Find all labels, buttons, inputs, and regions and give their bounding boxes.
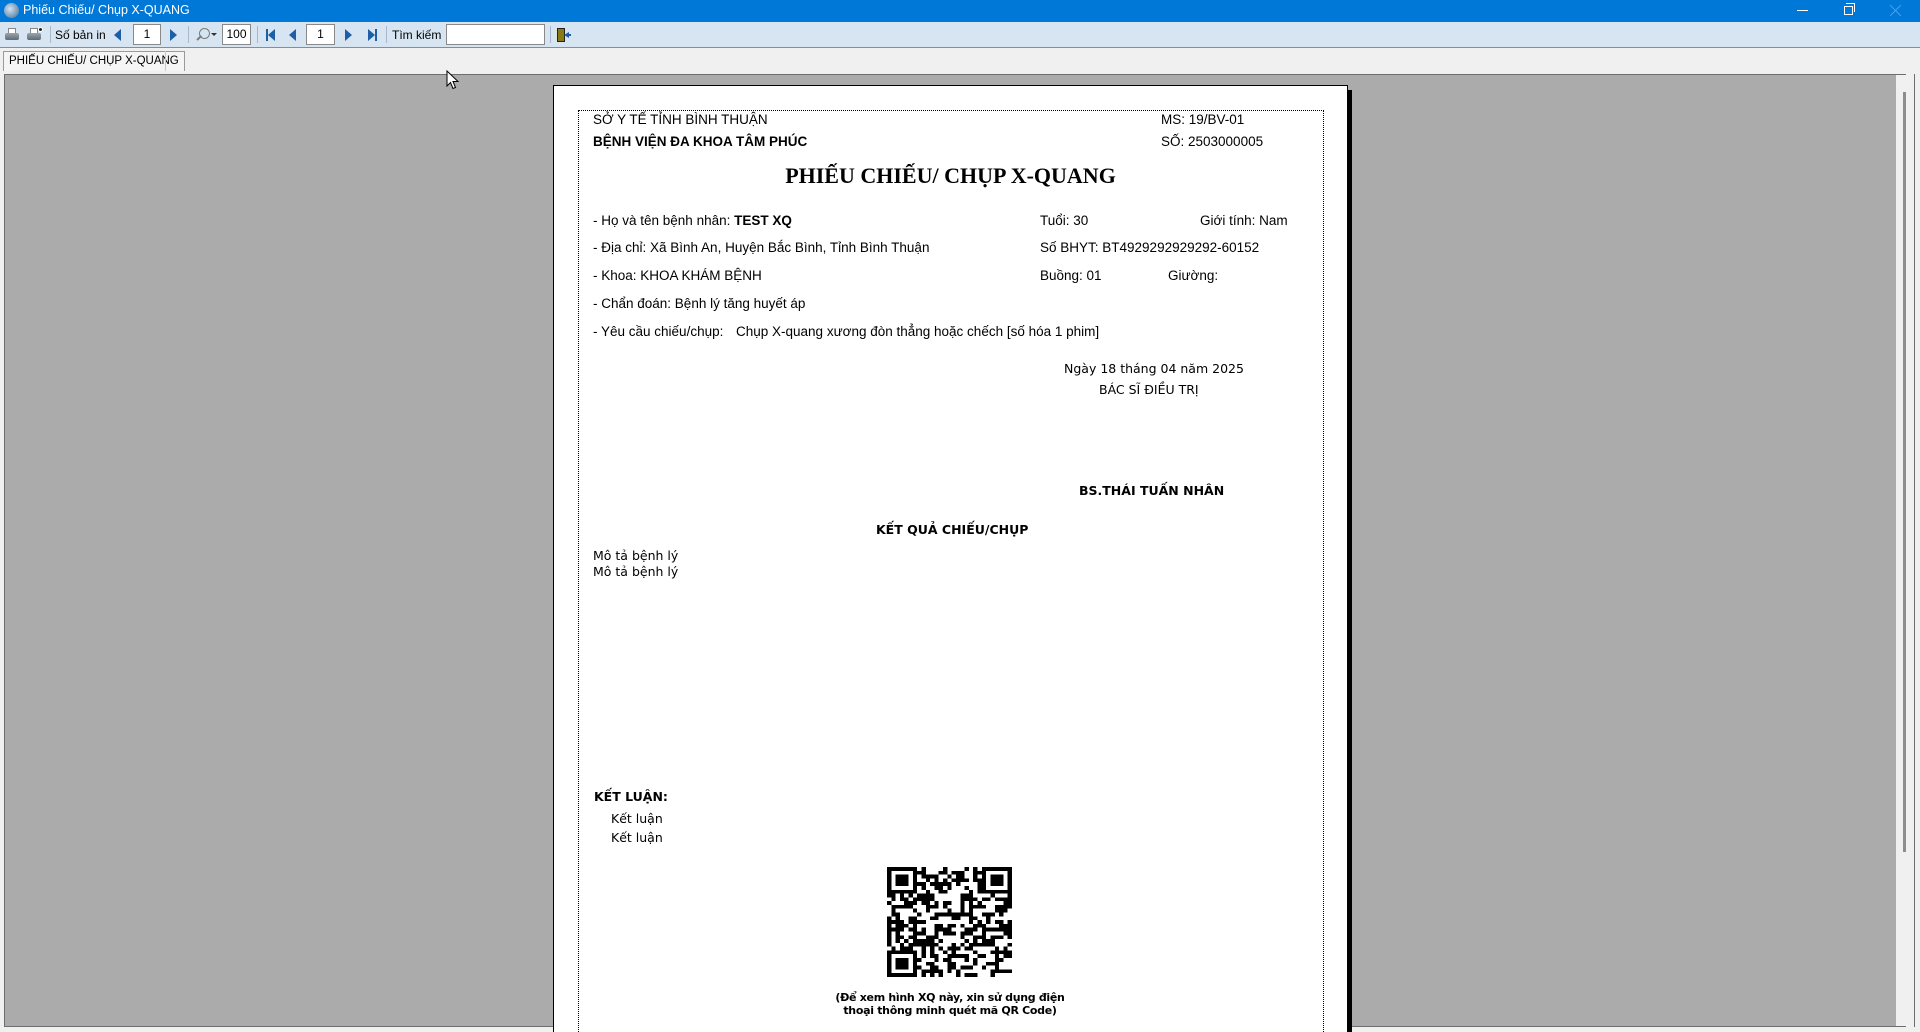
next-page-icon	[345, 29, 352, 41]
form-code: MS: 19/BV-01	[1161, 112, 1244, 127]
page-number-input[interactable]: 1	[306, 24, 335, 45]
document-number: SỐ: 2503000005	[1161, 134, 1263, 149]
previous-page-button[interactable]	[289, 22, 296, 47]
department: - Khoa: KHOA KHÁM BỆNH	[593, 268, 762, 283]
qr-caption-line: (Để xem hình XQ này, xin sử dụng điện	[820, 991, 1080, 1004]
restore-button[interactable]	[1826, 0, 1872, 22]
conclusion-line: Kết luận	[611, 830, 663, 845]
copies-decrement-button[interactable]	[114, 22, 121, 47]
description-line: Mô tả bệnh lý	[593, 548, 678, 563]
report-date: Ngày 18 tháng 04 năm 2025	[1064, 361, 1244, 376]
app-icon	[4, 3, 19, 18]
header-hospital-name: BỆNH VIỆN ĐA KHOA TÂM PHÚC	[593, 134, 807, 149]
patient-name-row: - Họ và tên bệnh nhân: TEST XQ	[593, 213, 792, 228]
last-page-icon	[368, 29, 375, 41]
close-button[interactable]	[1872, 0, 1918, 22]
document-title: PHIẾU CHIẾU/ CHỤP X-QUANG	[554, 163, 1347, 189]
qr-code-icon	[887, 867, 1012, 977]
toolbar-separator	[50, 26, 51, 43]
copies-label: Số bản in	[55, 22, 106, 47]
previous-page-icon	[289, 29, 296, 41]
zoom-input[interactable]: 100	[222, 24, 251, 45]
copies-increment-button[interactable]	[170, 22, 177, 47]
copies-input[interactable]: 1	[133, 24, 161, 45]
print-button[interactable]	[4, 22, 20, 47]
qr-caption: (Để xem hình XQ này, xin sử dụng điện th…	[820, 991, 1080, 1017]
first-page-button[interactable]	[266, 22, 275, 47]
insurance-number: Số BHYT: BT4929292929292-60152	[1040, 240, 1259, 255]
diagnosis: - Chẩn đoán: Bệnh lý tăng huyết áp	[593, 296, 805, 311]
report-toolbar: Số bản in 1 100 1 Tìm kiếm	[0, 22, 1920, 47]
title-bar: Phiếu Chiếu/ Chụp X-QUANG	[0, 0, 1920, 22]
conclusion-line: Kết luận	[611, 811, 663, 826]
patient-name: TEST XQ	[734, 213, 792, 228]
description-line: Mô tả bệnh lý	[593, 564, 678, 579]
print-setup-button[interactable]	[26, 22, 42, 47]
chevron-down-icon	[211, 33, 217, 36]
tab-strip: PHIẾU CHIẾU/ CHỤP X-QUANG	[0, 47, 1920, 73]
frame-border	[1914, 74, 1915, 1027]
doctor-title: BÁC SĨ ĐIỀU TRỊ	[1099, 382, 1199, 397]
conclusion-heading: KẾT LUẬN:	[594, 789, 668, 804]
close-icon	[1889, 4, 1902, 17]
minimize-button[interactable]	[1780, 0, 1826, 22]
result-heading: KẾT QUẢ CHIẾU/CHỤP	[876, 522, 1028, 537]
scrollbar-thumb[interactable]	[1903, 92, 1906, 852]
printer-icon	[4, 27, 20, 42]
magnifier-icon	[195, 28, 209, 42]
tab-separator	[165, 51, 166, 71]
search-label: Tìm kiếm	[392, 22, 441, 47]
minimize-icon	[1797, 10, 1808, 11]
search-input[interactable]	[446, 24, 545, 45]
patient-address: - Địa chỉ: Xã Bình An, Huyện Bắc Bình, T…	[593, 240, 929, 255]
room: Buồng: 01	[1040, 268, 1102, 283]
toolbar-separator	[550, 26, 551, 43]
patient-name-label: - Họ và tên bệnh nhân:	[593, 213, 734, 228]
exit-button[interactable]	[555, 22, 571, 47]
doctor-name: BS.THÁI TUẤN NHÂN	[1079, 483, 1224, 498]
last-page-button[interactable]	[368, 22, 377, 47]
window-title: Phiếu Chiếu/ Chụp X-QUANG	[23, 3, 190, 17]
header-department-of-health: SỞ Y TẾ TỈNH BÌNH THUẬN	[593, 112, 768, 127]
qr-caption-line: thoại thông minh quét mã QR Code)	[820, 1004, 1080, 1017]
toolbar-separator	[257, 26, 258, 43]
next-page-button[interactable]	[345, 22, 352, 47]
patient-age: Tuổi: 30	[1040, 213, 1088, 228]
zoom-dropdown-button[interactable]	[195, 22, 217, 47]
first-page-icon	[268, 29, 275, 41]
toolbar-separator	[386, 26, 387, 43]
tab-xray-report[interactable]: PHIẾU CHIẾU/ CHỤP X-QUANG	[3, 51, 185, 71]
request-value: Chụp X-quang xương đòn thẳng hoặc chếch …	[736, 324, 1099, 339]
patient-gender: Giới tính: Nam	[1200, 213, 1288, 228]
exit-door-icon	[555, 27, 571, 43]
arrow-right-icon	[170, 29, 177, 41]
arrow-left-icon	[114, 29, 121, 41]
bed: Giường:	[1168, 268, 1218, 283]
restore-icon	[1844, 6, 1853, 15]
request-label: - Yêu cầu chiếu/chụp:	[593, 324, 723, 339]
printer-settings-icon	[26, 27, 42, 42]
vertical-scrollbar[interactable]	[1896, 75, 1914, 1026]
toolbar-separator	[188, 26, 189, 43]
mouse-cursor-icon	[446, 70, 460, 90]
